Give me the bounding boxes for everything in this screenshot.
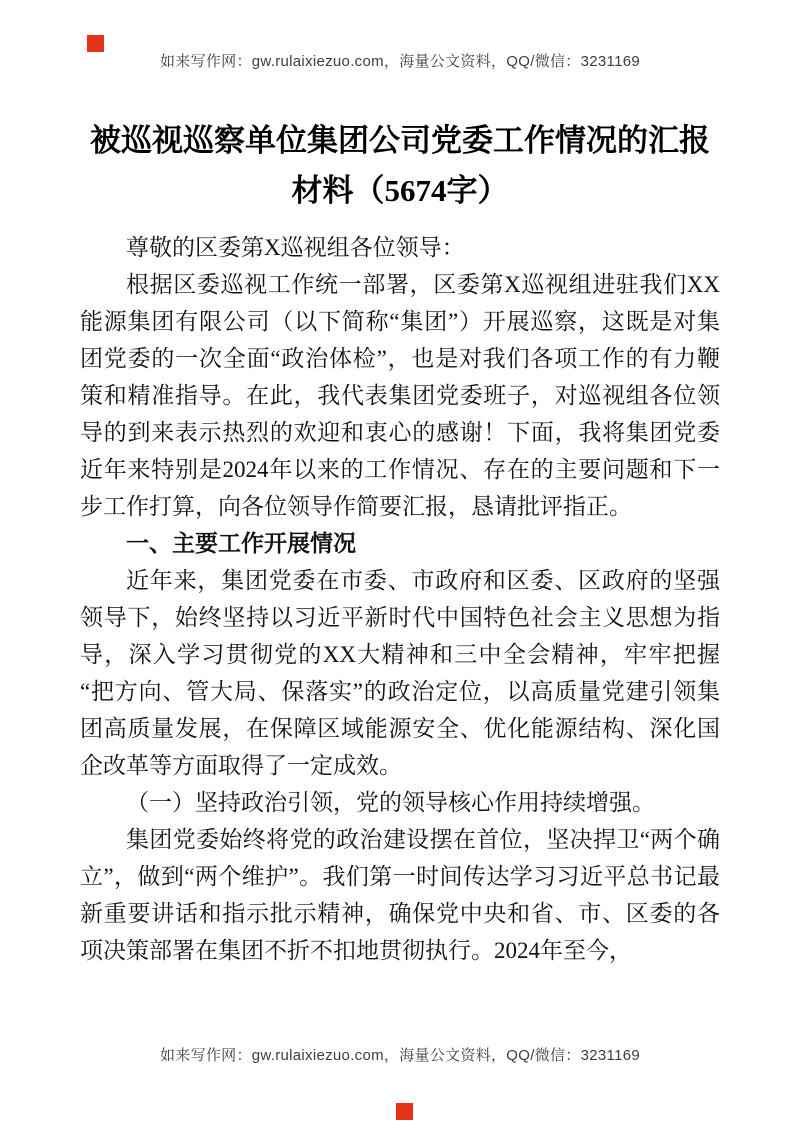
- document-page: 如来写作网：gw.rulaixiezuo.com，海量公文资料，QQ/微信：32…: [0, 0, 800, 1131]
- document-title: 被巡视巡察单位集团公司党委工作情况的汇报材料（5674字）: [80, 116, 720, 216]
- paragraph: 根据区委巡视工作统一部署，区委第X巡视组进驻我们XX能源集团有限公司（以下简称“…: [80, 266, 720, 525]
- watermark-footer: 如来写作网：gw.rulaixiezuo.com，海量公文资料，QQ/微信：32…: [0, 1044, 800, 1065]
- red-square-marker-bottom: [396, 1103, 413, 1120]
- watermark-header: 如来写作网：gw.rulaixiezuo.com，海量公文资料，QQ/微信：32…: [0, 50, 800, 71]
- document-body: 尊敬的区委第X巡视组各位领导：根据区委巡视工作统一部署，区委第X巡视组进驻我们X…: [80, 229, 720, 969]
- paragraph: 集团党委始终将党的政治建设摆在首位，坚决捍卫“两个确立”，做到“两个维护”。我们…: [80, 821, 720, 969]
- paragraph: 尊敬的区委第X巡视组各位领导：: [80, 229, 720, 266]
- section-heading: （一）坚持政治引领，党的领导核心作用持续增强。: [80, 784, 720, 821]
- paragraph: 近年来，集团党委在市委、市政府和区委、区政府的坚强领导下，始终坚持以习近平新时代…: [80, 562, 720, 784]
- section-heading: 一、主要工作开展情况: [80, 525, 720, 562]
